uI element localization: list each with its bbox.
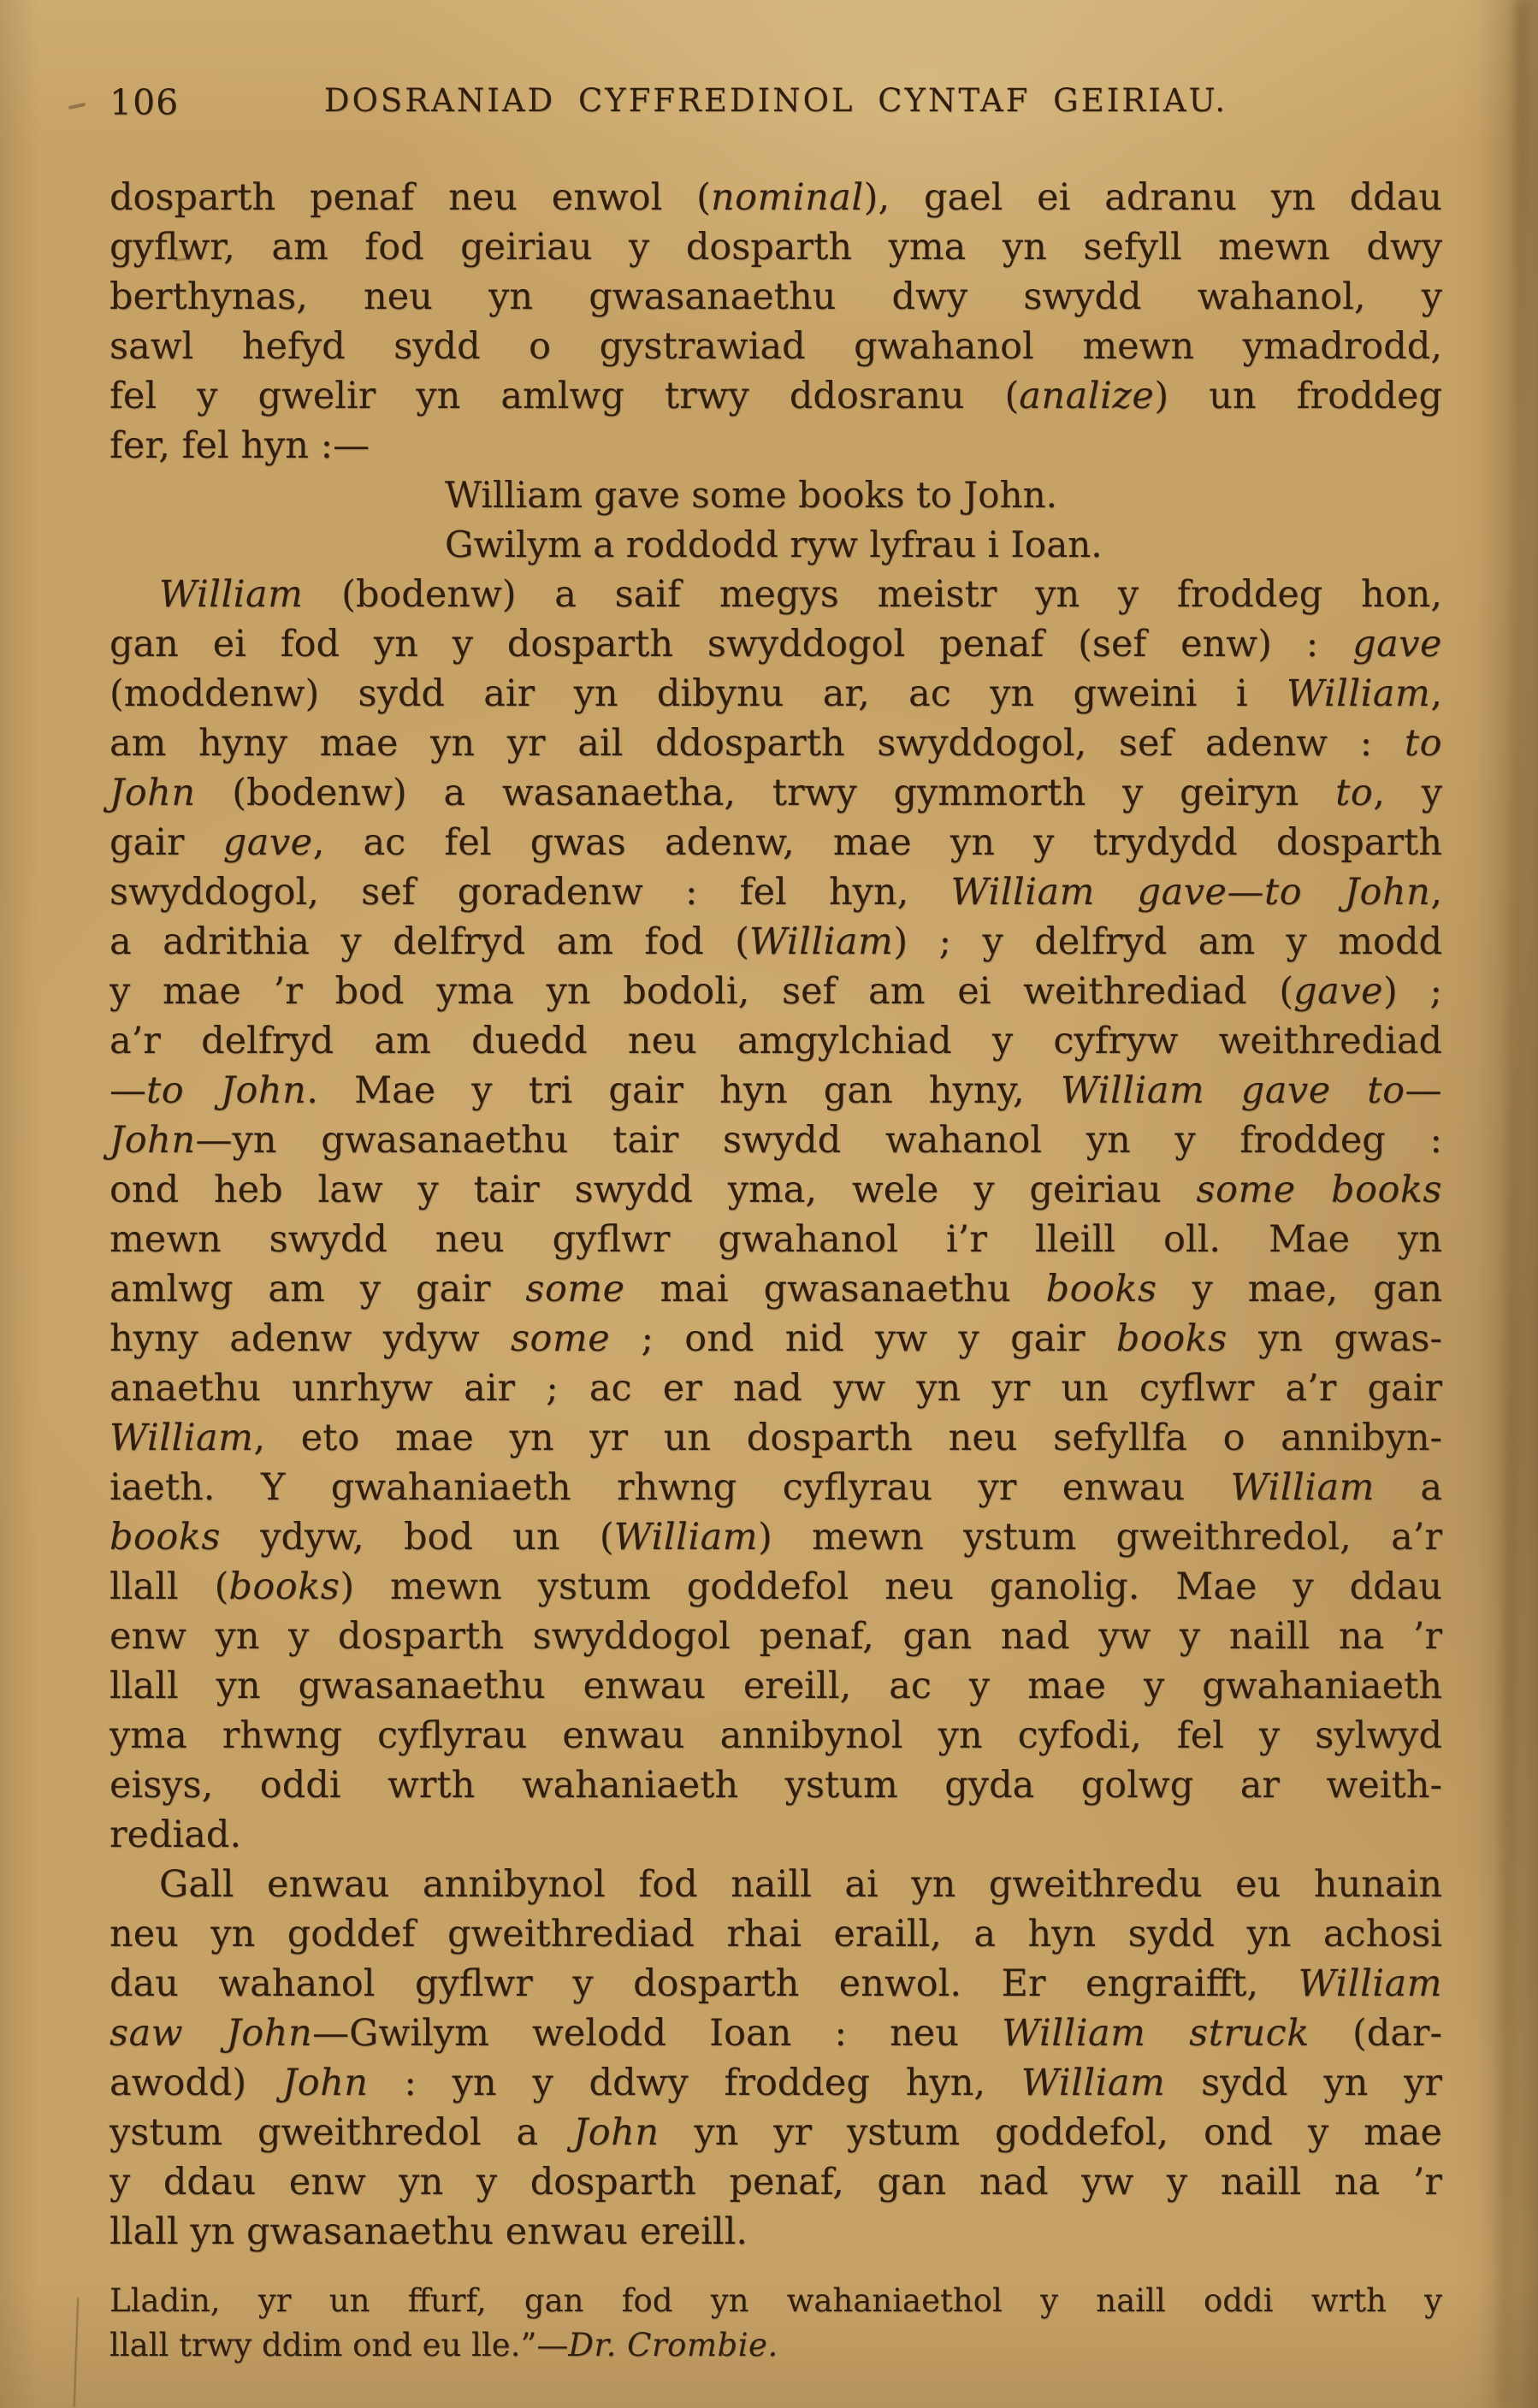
text-line: fer, fel hyn :— [109, 421, 1442, 470]
text-line: dosparth penaf neu enwol (nominal), gael… [109, 173, 1442, 222]
running-title: DOSRANIAD CYFFREDINOL CYNTAF GEIRIAU. [324, 82, 1227, 119]
text-line: y ddau enw yn y dosparth penaf, gan nad … [109, 2157, 1442, 2207]
text-line: ystum gweithredol a John yn yr ystum god… [109, 2108, 1442, 2157]
text-line: a adrithia y delfryd am fod (William) ; … [109, 917, 1442, 967]
text-line: llall (books) mewn ystum goddefol neu ga… [109, 1562, 1442, 1612]
text-line: amlwg am y gair some mai gwasanaethu boo… [109, 1264, 1442, 1314]
text-line: llall trwy ddim ond eu lle.”—Dr. Crombie… [109, 2323, 1442, 2368]
page-header: 106 DOSRANIAD CYFFREDINOL CYNTAF GEIRIAU… [109, 82, 1442, 125]
text-line: (moddenw) sydd air yn dibynu ar, ac yn g… [109, 669, 1442, 719]
text-line: books ydyw, bod un (William) mewn ystum … [109, 1512, 1442, 1562]
book-page: 106 DOSRANIAD CYFFREDINOL CYNTAF GEIRIAU… [0, 0, 1538, 2408]
text-line: awodd) John : yn y ddwy froddeg hyn, Wil… [109, 2058, 1442, 2108]
text-line: a’r delfryd am duedd neu amgylchiad y cy… [109, 1016, 1442, 1066]
text-line: Gall enwau annibynol fod naill ai yn gwe… [109, 1860, 1442, 1909]
text-line: neu yn goddef gweithrediad rhai eraill, … [109, 1909, 1442, 1959]
text-line: Gwilym a roddodd ryw lyfrau i Ioan. [445, 520, 1442, 570]
paragraph: dosparth penaf neu enwol (nominal), gael… [109, 173, 1442, 470]
text-line: sawl hefyd sydd o gystrawiad gwahanol me… [109, 322, 1442, 371]
text-line: gyflwr, am fod geiriau y dosparth yma yn… [109, 222, 1442, 272]
text-line: dau wahanol gyflwr y dosparth enwol. Er … [109, 1959, 1442, 2009]
text-line: —to John. Mae y tri gair hyn gan hyny, W… [109, 1066, 1442, 1115]
text-line: eisys, oddi wrth wahaniaeth ystum gyda g… [109, 1760, 1442, 1810]
text-line: rediad. [109, 1810, 1442, 1860]
text-line: John (bodenw) a wasanaetha, trwy gymmort… [109, 768, 1442, 818]
footnote: Lladin, yr un ffurf, gan fod yn wahaniae… [109, 2279, 1442, 2368]
text-line: am hyny mae yn yr ail ddosparth swyddogo… [109, 719, 1442, 768]
text-line: John—yn gwasanaethu tair swydd wahanol y… [109, 1115, 1442, 1165]
text-line: fel y gwelir yn amlwg trwy ddosranu (ana… [109, 371, 1442, 421]
paper-crack [74, 2298, 79, 2407]
text-line: berthynas, neu yn gwasanaethu dwy swydd … [109, 272, 1442, 322]
text-line: enw yn y dosparth swyddogol penaf, gan n… [109, 1612, 1442, 1661]
text-line: iaeth. Y gwahaniaeth rhwng cyflyrau yr e… [109, 1463, 1442, 1512]
text-line: anaethu unrhyw air ; ac er nad yw yn yr … [109, 1364, 1442, 1413]
text-line: William (bodenw) a saif megys meistr yn … [109, 570, 1442, 619]
paragraph: Gall enwau annibynol fod naill ai yn gwe… [109, 1860, 1442, 2257]
text-line: yma rhwng cyflyrau enwau annibynol yn cy… [109, 1711, 1442, 1760]
text-line: llall yn gwasanaethu enwau ereill. [109, 2207, 1442, 2257]
example-sentences: William gave some books to John.Gwilym a… [445, 470, 1442, 570]
text-line: William, eto mae yn yr un dosparth neu s… [109, 1413, 1442, 1463]
text-line: ond heb law y tair swydd yma, wele y gei… [109, 1165, 1442, 1215]
text-line: Lladin, yr un ffurf, gan fod yn wahaniae… [109, 2279, 1442, 2323]
text-line: swyddogol, sef goradenw : fel hyn, Willi… [109, 867, 1442, 917]
text-line: hyny adenw ydyw some ; ond nid yw y gair… [109, 1314, 1442, 1364]
paragraph: William (bodenw) a saif megys meistr yn … [109, 570, 1442, 1860]
text-line: llall yn gwasanaethu enwau ereill, ac y … [109, 1661, 1442, 1711]
text-line: gan ei fod yn y dosparth swyddogol penaf… [109, 619, 1442, 669]
text-line: mewn swydd neu gyflwr gwahanol i’r lleil… [109, 1215, 1442, 1264]
body-text: dosparth penaf neu enwol (nominal), gael… [109, 173, 1442, 2368]
text-line: y mae ’r bod yma yn bodoli, sef am ei we… [109, 967, 1442, 1016]
page-number: 106 [109, 82, 179, 123]
text-line: William gave some books to John. [445, 470, 1442, 520]
text-line: gair gave, ac fel gwas adenw, mae yn y t… [109, 818, 1442, 867]
pencil-mark [68, 103, 86, 109]
text-line: saw John—Gwilym welodd Ioan : neu Willia… [109, 2009, 1442, 2058]
